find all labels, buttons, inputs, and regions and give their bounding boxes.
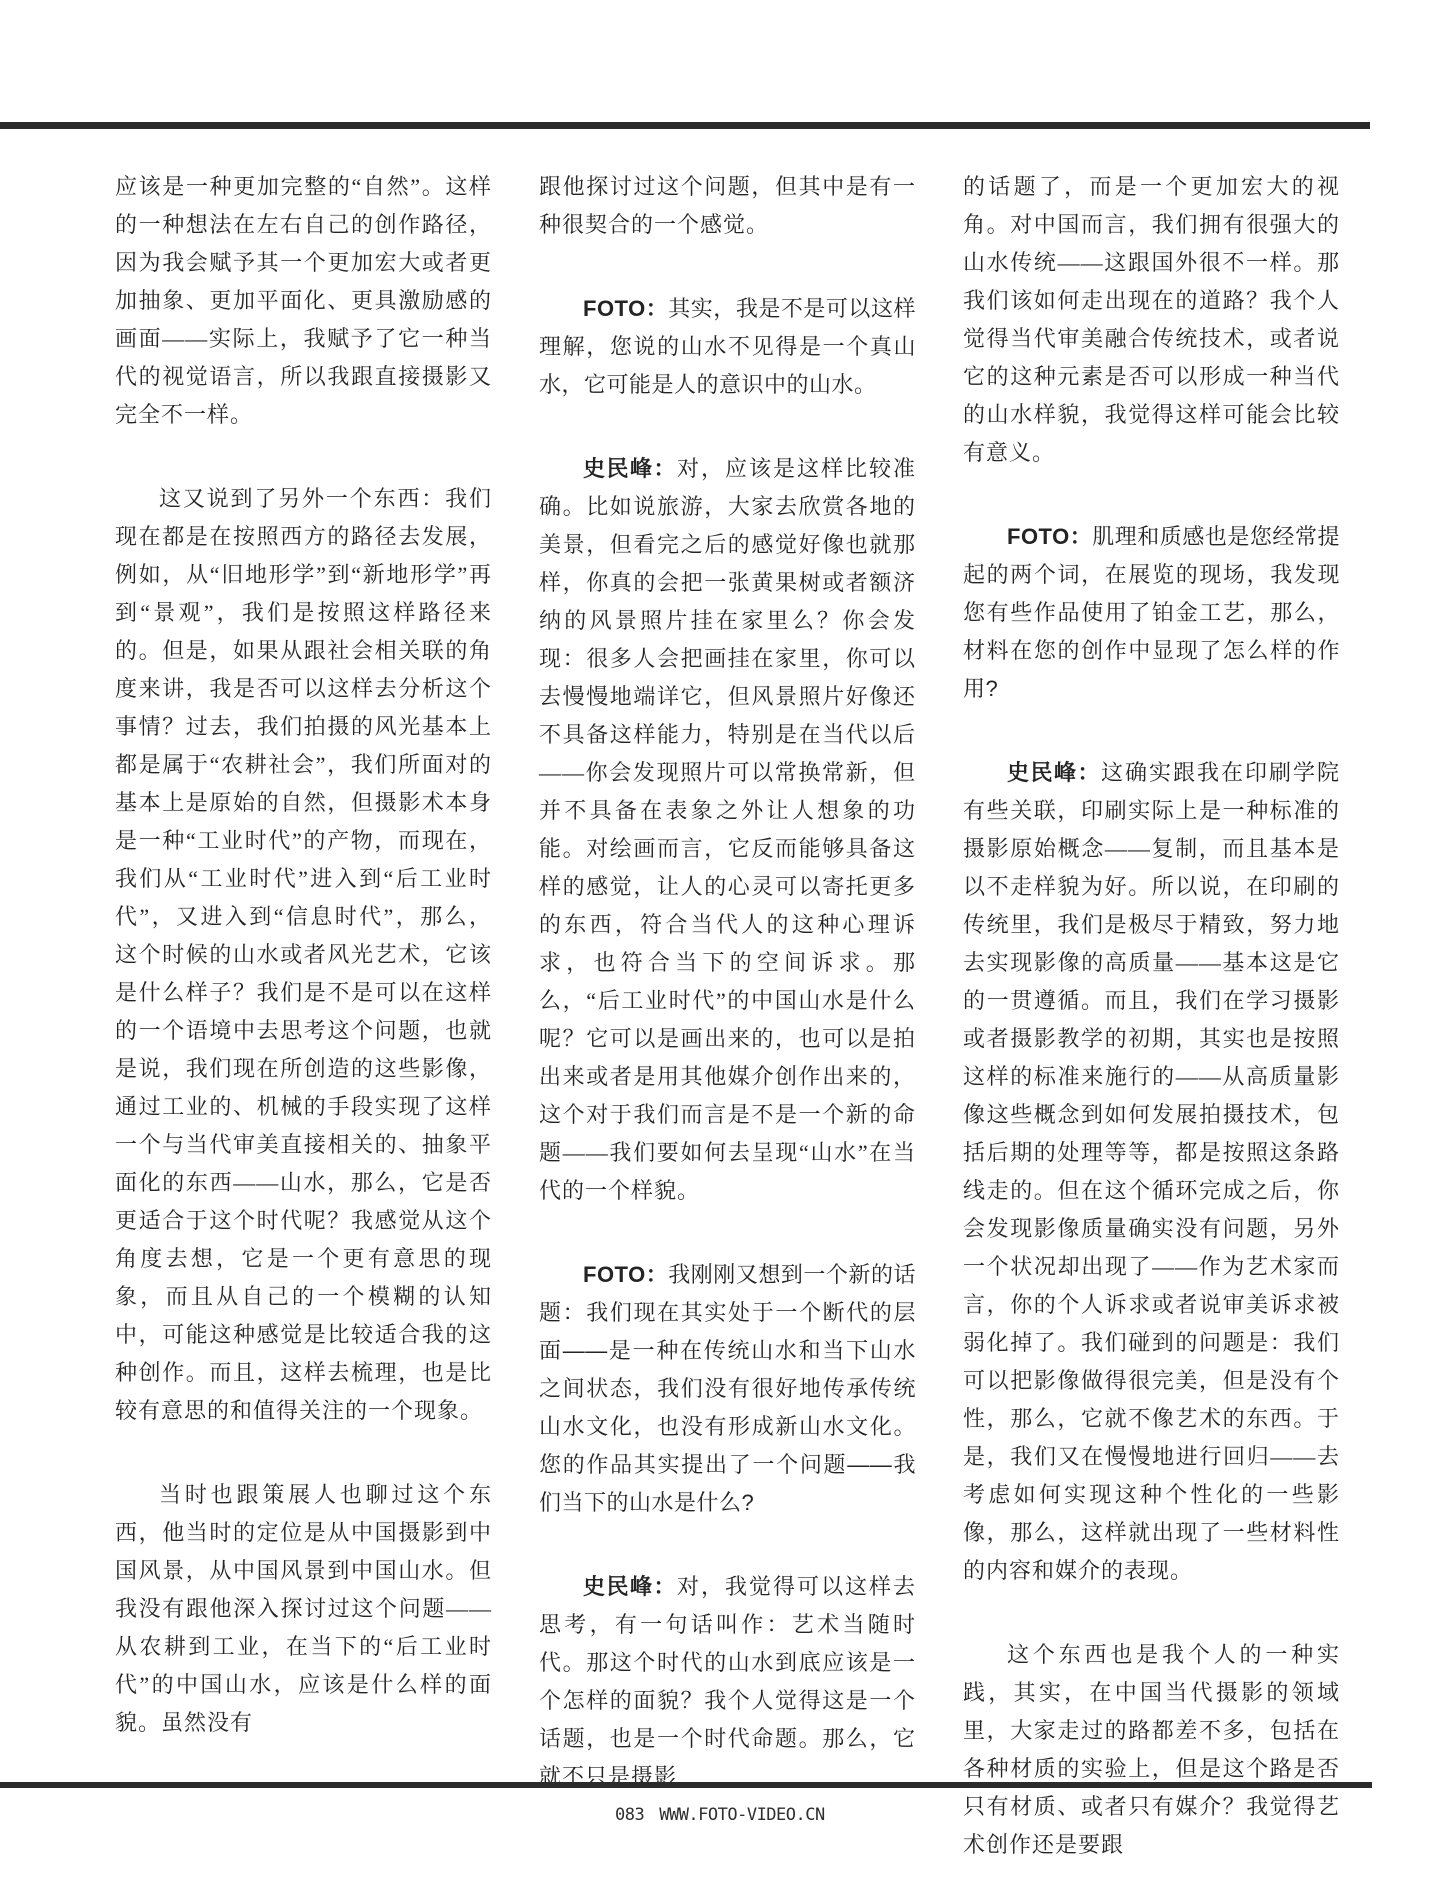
paragraph: 当时也跟策展人也聊过这个东西，他当时的定位是从中国摄影到中国风景，从中国风景到中… xyxy=(115,1476,492,1742)
question-text: 我刚刚又想到一个新的话题：我们现在其实处于一个断代的层面——是一种在传统山水和当… xyxy=(539,1262,916,1515)
article-body: 应该是一种更加完整的“自然”。这样的一种想法在左右自己的创作路径，因为我会赋予其… xyxy=(115,168,1341,1864)
speaker-label-foto: FOTO： xyxy=(583,1262,668,1287)
column-1: 应该是一种更加完整的“自然”。这样的一种想法在左右自己的创作路径，因为我会赋予其… xyxy=(115,168,492,1864)
top-divider-rule xyxy=(0,122,1370,129)
interviewer-question: FOTO：其实，我是不是可以这样理解，您说的山水不见得是一个真山水，它可能是人的… xyxy=(539,290,916,404)
speaker-label-shi-minfeng: 史民峰： xyxy=(583,1574,677,1599)
answer-text: 这确实跟我在印刷学院有些关联，印刷实际上是一种标准的摄影原始概念——复制，而且基… xyxy=(963,760,1340,1583)
interviewee-answer: 史民峰：这确实跟我在印刷学院有些关联，印刷实际上是一种标准的摄影原始概念——复制… xyxy=(963,754,1340,1590)
paragraph: 这又说到了另外一个东西：我们现在都是在按照西方的路径去发展，例如，从“旧地形学”… xyxy=(115,480,492,1430)
paragraph: 这个东西也是我个人的一种实践，其实，在中国当代摄影的领域里，大家走过的路都差不多… xyxy=(963,1636,1340,1864)
column-3: 的话题了，而是一个更加宏大的视角。对中国而言，我们拥有很强大的山水传统——这跟国… xyxy=(963,168,1340,1864)
page-footer: 083 WWW.FOTO-VIDEO.CN xyxy=(615,1804,825,1826)
interviewer-question: FOTO：肌理和质感也是您经常提起的两个词，在展览的现场，我发现您有些作品使用了… xyxy=(963,518,1340,708)
question-text: 肌理和质感也是您经常提起的两个词，在展览的现场，我发现您有些作品使用了铂金工艺，… xyxy=(963,524,1340,701)
page-number: 083 xyxy=(615,1804,644,1826)
speaker-label-shi-minfeng: 史民峰： xyxy=(583,456,677,481)
magazine-page: 应该是一种更加完整的“自然”。这样的一种想法在左右自己的创作路径，因为我会赋予其… xyxy=(0,0,1440,1886)
answer-text: 对，我觉得可以这样去思考，有一句话叫作：艺术当随时代。那这个时代的山水到底应该是… xyxy=(539,1574,916,1789)
interviewee-answer: 史民峰：对，应该是这样比较准确。比如说旅游，大家去欣赏各地的美景，但看完之后的感… xyxy=(539,450,916,1210)
speaker-label-foto: FOTO： xyxy=(1007,524,1092,549)
speaker-label-shi-minfeng: 史民峰： xyxy=(1007,760,1101,785)
speaker-label-foto: FOTO： xyxy=(583,296,668,321)
column-2: 跟他探讨过这个问题，但其中是有一种很契合的一个感觉。 FOTO：其实，我是不是可… xyxy=(539,168,916,1864)
answer-text: 对，应该是这样比较准确。比如说旅游，大家去欣赏各地的美景，但看完之后的感觉好像也… xyxy=(539,456,916,1203)
paragraph: 应该是一种更加完整的“自然”。这样的一种想法在左右自己的创作路径，因为我会赋予其… xyxy=(115,168,492,434)
interviewer-question: FOTO：我刚刚又想到一个新的话题：我们现在其实处于一个断代的层面——是一种在传… xyxy=(539,1256,916,1522)
paragraph: 跟他探讨过这个问题，但其中是有一种很契合的一个感觉。 xyxy=(539,168,916,244)
paragraph: 的话题了，而是一个更加宏大的视角。对中国而言，我们拥有很强大的山水传统——这跟国… xyxy=(963,168,1340,472)
interviewee-answer: 史民峰：对，我觉得可以这样去思考，有一句话叫作：艺术当随时代。那这个时代的山水到… xyxy=(539,1568,916,1796)
site-url: WWW.FOTO-VIDEO.CN xyxy=(659,1804,825,1826)
bottom-divider-rule xyxy=(0,1782,1372,1788)
